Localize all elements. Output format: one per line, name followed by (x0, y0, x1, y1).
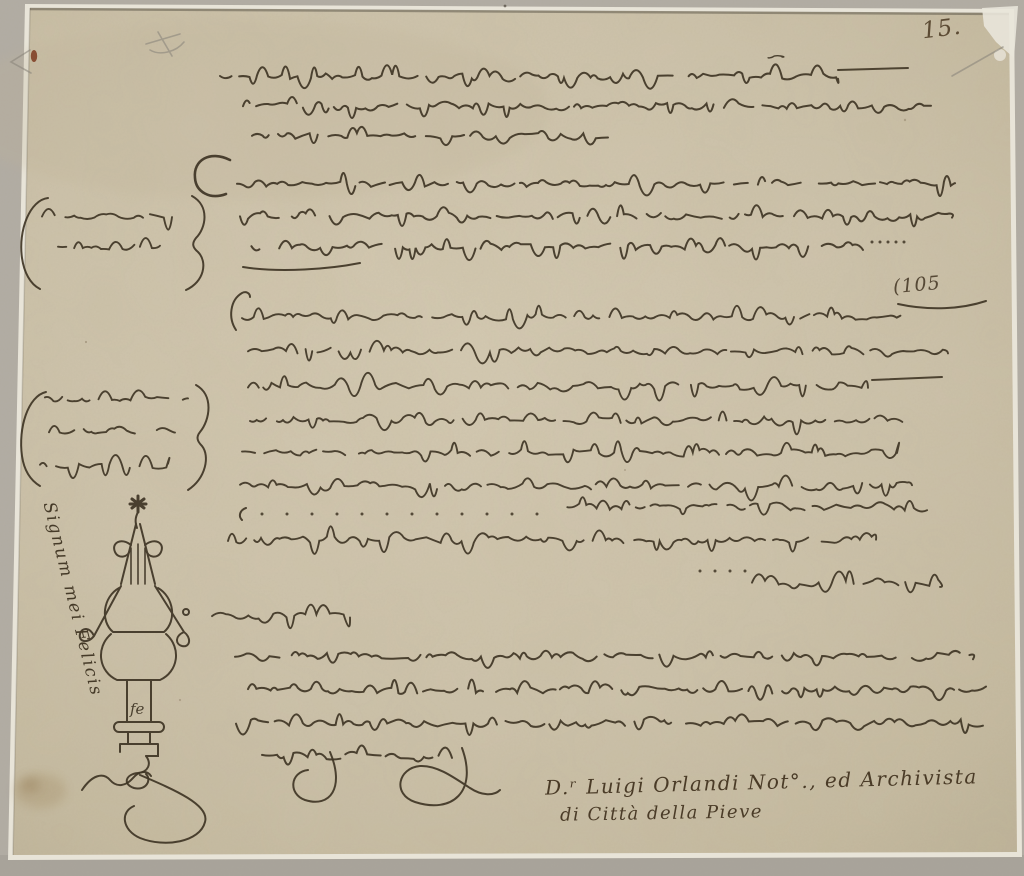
speck (504, 5, 507, 8)
dotted-row-1-dot (311, 513, 314, 516)
bottom-left-stain-core (20, 777, 40, 793)
manuscript-photo: fe 15. (105 Signum mei Felicis D.ʳ Luigi… (0, 0, 1024, 876)
dotted-row-1-dot (286, 513, 289, 516)
dotted-row-1-dot (511, 513, 514, 516)
speck (624, 469, 626, 471)
dotted-row-1-dot (386, 513, 389, 516)
dotted-row-2-dot (744, 570, 747, 573)
page-number: 15. (921, 14, 963, 45)
signum-letters: fe (129, 700, 145, 718)
dotted-row-0-dot (879, 241, 882, 244)
bottom-left-stain (14, 774, 66, 808)
red-ink-mark-left-margin (31, 50, 37, 62)
archivist-signature-line-2: di Città della Pieve (560, 801, 763, 826)
speck (179, 699, 181, 701)
dotted-row-1-dot (336, 513, 339, 516)
dotted-row-1-dot (436, 513, 439, 516)
dotted-row-1-dot (536, 513, 539, 516)
dotted-row-1-dot (361, 513, 364, 516)
dotted-row-0-dot (887, 241, 890, 244)
dotted-row-1-dot (261, 513, 264, 516)
manuscript-scan-svg: fe (0, 0, 1024, 876)
dotted-row-0-dot (903, 241, 906, 244)
dotted-row-1-dot (461, 513, 464, 516)
dotted-row-0-dot (871, 241, 874, 244)
dotted-row-1-dot (486, 513, 489, 516)
dotted-row-1-dot (411, 513, 414, 516)
dotted-row-2-dot (699, 570, 702, 573)
dotted-row-2-dot (714, 570, 717, 573)
speck (85, 341, 87, 343)
dotted-row-0-dot (895, 241, 898, 244)
speck (904, 119, 906, 121)
folio-annotation: (105 (892, 272, 941, 298)
dotted-row-2-dot (729, 570, 732, 573)
